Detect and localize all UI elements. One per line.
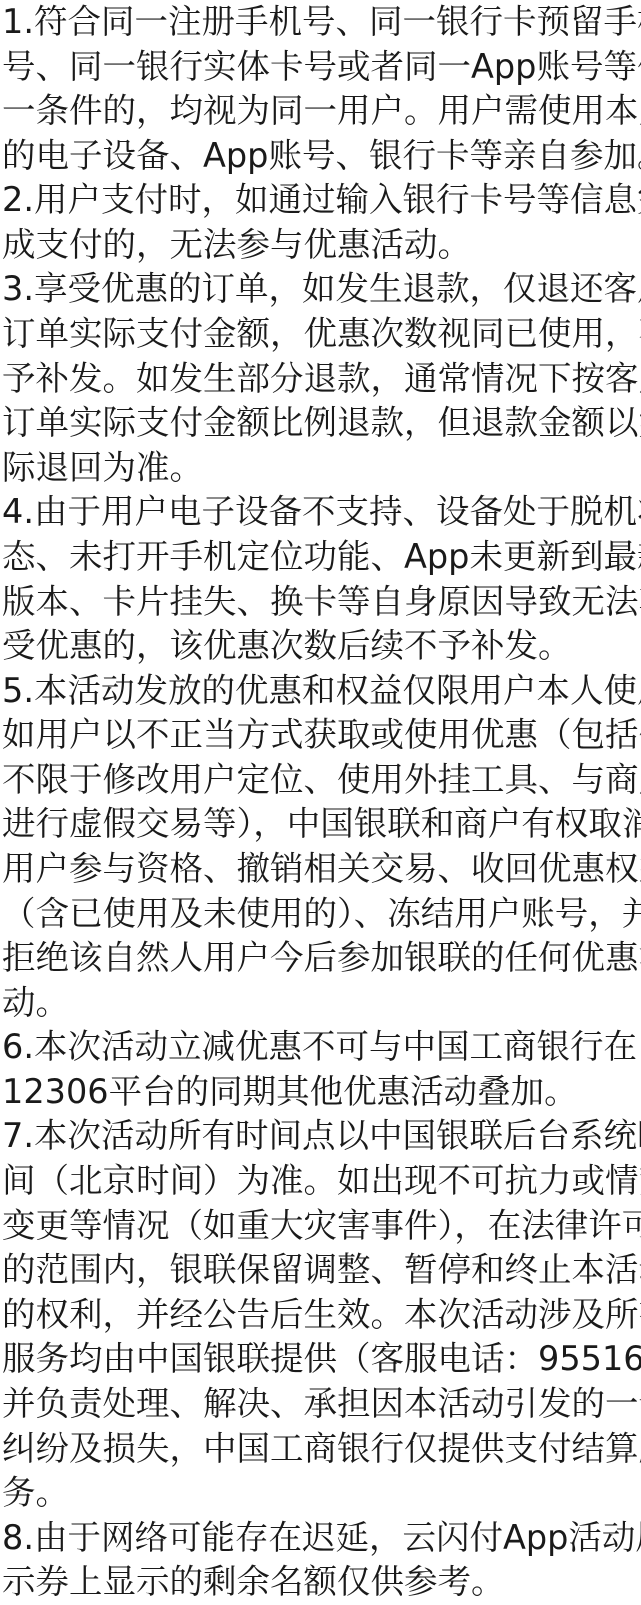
terms-line: 予补发。如发生部分退款，通常情况下按客户: [2, 357, 641, 402]
terms-line: 如用户以不正当方式获取或使用优惠（包括但: [2, 713, 641, 758]
terms-line: 服务均由中国银联提供（客服电话：95516），: [2, 1337, 641, 1382]
terms-line: 并负责处理、解决、承担因本活动引发的一切: [2, 1382, 641, 1427]
terms-line: 2.用户支付时，如通过输入银行卡号等信息完: [2, 178, 641, 223]
terms-line: 成支付的，无法参与优惠活动。: [2, 223, 641, 268]
terms-line: 5.本活动发放的优惠和权益仅限用户本人使用，: [2, 669, 641, 714]
terms-line: 号、同一银行实体卡号或者同一App账号等任: [2, 45, 641, 90]
terms-line: 版本、卡片挂失、换卡等自身原因导致无法享: [2, 580, 641, 625]
terms-line: 变更等情况（如重大灾害事件），在法律许可: [2, 1204, 641, 1249]
terms-line: 的电子设备、App账号、银行卡等亲自参加。: [2, 134, 641, 179]
terms-line: 进行虚假交易等），中国银联和商户有权取消: [2, 802, 641, 847]
terms-line: （含已使用及未使用的）、冻结用户账号，并: [2, 892, 641, 937]
terms-line: 动。: [2, 981, 641, 1026]
terms-line: 间（北京时间）为准。如出现不可抗力或情势: [2, 1159, 641, 1204]
terms-line: 拒绝该自然人用户今后参加银联的任何优惠活: [2, 936, 641, 981]
terms-line: 订单实际支付金额，优惠次数视同已使用，不: [2, 312, 641, 357]
terms-line: 用户参与资格、撤销相关交易、收回优惠权益: [2, 847, 641, 892]
terms-line: 12306平台的同期其他优惠活动叠加。: [2, 1070, 641, 1115]
terms-line: 务。: [2, 1471, 641, 1516]
terms-line: 8.由于网络可能存在迟延，云闪付App活动展: [2, 1516, 641, 1561]
terms-line: 7.本次活动所有时间点以中国银联后台系统时: [2, 1114, 641, 1159]
terms-line: 受优惠的，该优惠次数后续不予补发。: [2, 624, 641, 669]
terms-line: 订单实际支付金额比例退款，但退款金额以实: [2, 401, 641, 446]
terms-line: 际退回为准。: [2, 446, 641, 491]
terms-line: 1.符合同一注册手机号、同一银行卡预留手机: [2, 0, 641, 45]
terms-line: 4.由于用户电子设备不支持、设备处于脱机状: [2, 490, 641, 535]
terms-line: 示券上显示的剩余名额仅供参考。: [2, 1560, 641, 1605]
terms-line: 一条件的，均视为同一用户。用户需使用本人: [2, 89, 641, 134]
terms-line: 不限于修改用户定位、使用外挂工具、与商户: [2, 758, 641, 803]
terms-line: 态、未打开手机定位功能、App未更新到最新: [2, 535, 641, 580]
terms-line: 的范围内，银联保留调整、暂停和终止本活动: [2, 1248, 641, 1293]
terms-line: 的权利，并经公告后生效。本次活动涉及所有: [2, 1293, 641, 1338]
terms-line: 纠纷及损失，中国工商银行仅提供支付结算服: [2, 1427, 641, 1472]
terms-line: 3.享受优惠的订单，如发生退款，仅退还客户: [2, 267, 641, 312]
terms-document: 1.符合同一注册手机号、同一银行卡预留手机 号、同一银行实体卡号或者同一App账…: [0, 0, 641, 1605]
terms-line: 6.本次活动立减优惠不可与中国工商银行在: [2, 1025, 641, 1070]
